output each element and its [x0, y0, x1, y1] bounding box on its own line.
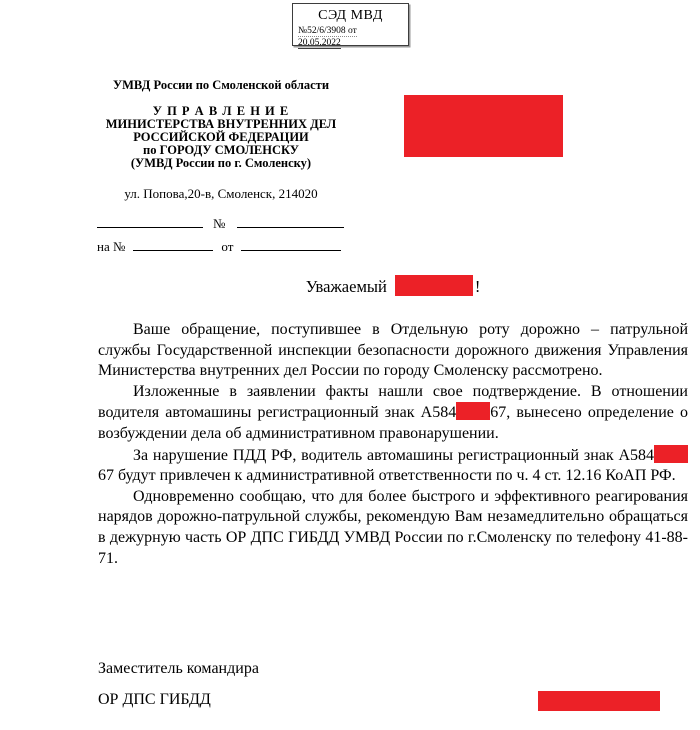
redaction-box-recipient	[404, 95, 563, 157]
redaction-box-signature	[538, 691, 660, 711]
body-paragraph-4: Одновременно сообщаю, что для более быст…	[98, 487, 688, 569]
ref-number-label: №	[213, 216, 225, 232]
ref-blank-line	[133, 237, 213, 251]
stamp-date: 20.05.2022	[298, 38, 341, 49]
sed-mvd-stamp: СЭД МВД №52/6/3908 от 20.05.2022	[292, 3, 409, 46]
body-paragraph-3: За нарушение ПДД РФ, водитель автомашины…	[98, 445, 688, 487]
salutation-prefix: Уважаемый	[306, 277, 387, 296]
salutation-exclamation: !	[475, 277, 481, 296]
ref-blank-line	[241, 237, 341, 251]
paragraph-3-text-after: 67 будут привлечен к административной от…	[98, 467, 676, 484]
redaction-box-name	[395, 275, 473, 296]
body-paragraph-1: Ваше обращение, поступившее в Отдельную …	[98, 320, 688, 382]
ref-from-label: от	[221, 239, 233, 255]
ref-blank-line	[237, 214, 344, 228]
body-paragraph-2: Изложенные в заявлении факты нашли свое …	[98, 382, 688, 445]
signature-block: Заместитель командира ОР ДПС ГИБДД	[98, 660, 688, 709]
letterhead: УМВД России по Смоленской области У П Р …	[95, 78, 347, 202]
ref-reply-label: на №	[97, 239, 125, 255]
letterhead-org-line: (УМВД России по г. Смоленску)	[95, 157, 347, 170]
stamp-title: СЭД МВД	[293, 8, 408, 24]
paragraph-3-text-before: За нарушение ПДД РФ, водитель автомашины…	[133, 447, 654, 464]
letter-body: Ваше обращение, поступившее в Отдельную …	[98, 320, 688, 569]
signature-position-line1: Заместитель командира	[98, 660, 688, 678]
ref-reply-row: на №от	[97, 237, 357, 253]
letterhead-region-line: УМВД России по Смоленской области	[95, 78, 347, 93]
salutation: Уважаемый!	[98, 275, 688, 297]
letterhead-address: ул. Попова,20-в, Смоленск, 214020	[95, 186, 347, 202]
document-page: СЭД МВД №52/6/3908 от 20.05.2022 УМВД Ро…	[0, 0, 700, 730]
reference-block: № на №от	[97, 214, 357, 260]
redaction-box-plate	[654, 445, 688, 463]
ref-blank-line	[97, 214, 203, 228]
stamp-number: №52/6/3908 от	[298, 26, 357, 37]
redaction-box-plate	[456, 402, 490, 420]
ref-number-row: №	[97, 214, 357, 230]
